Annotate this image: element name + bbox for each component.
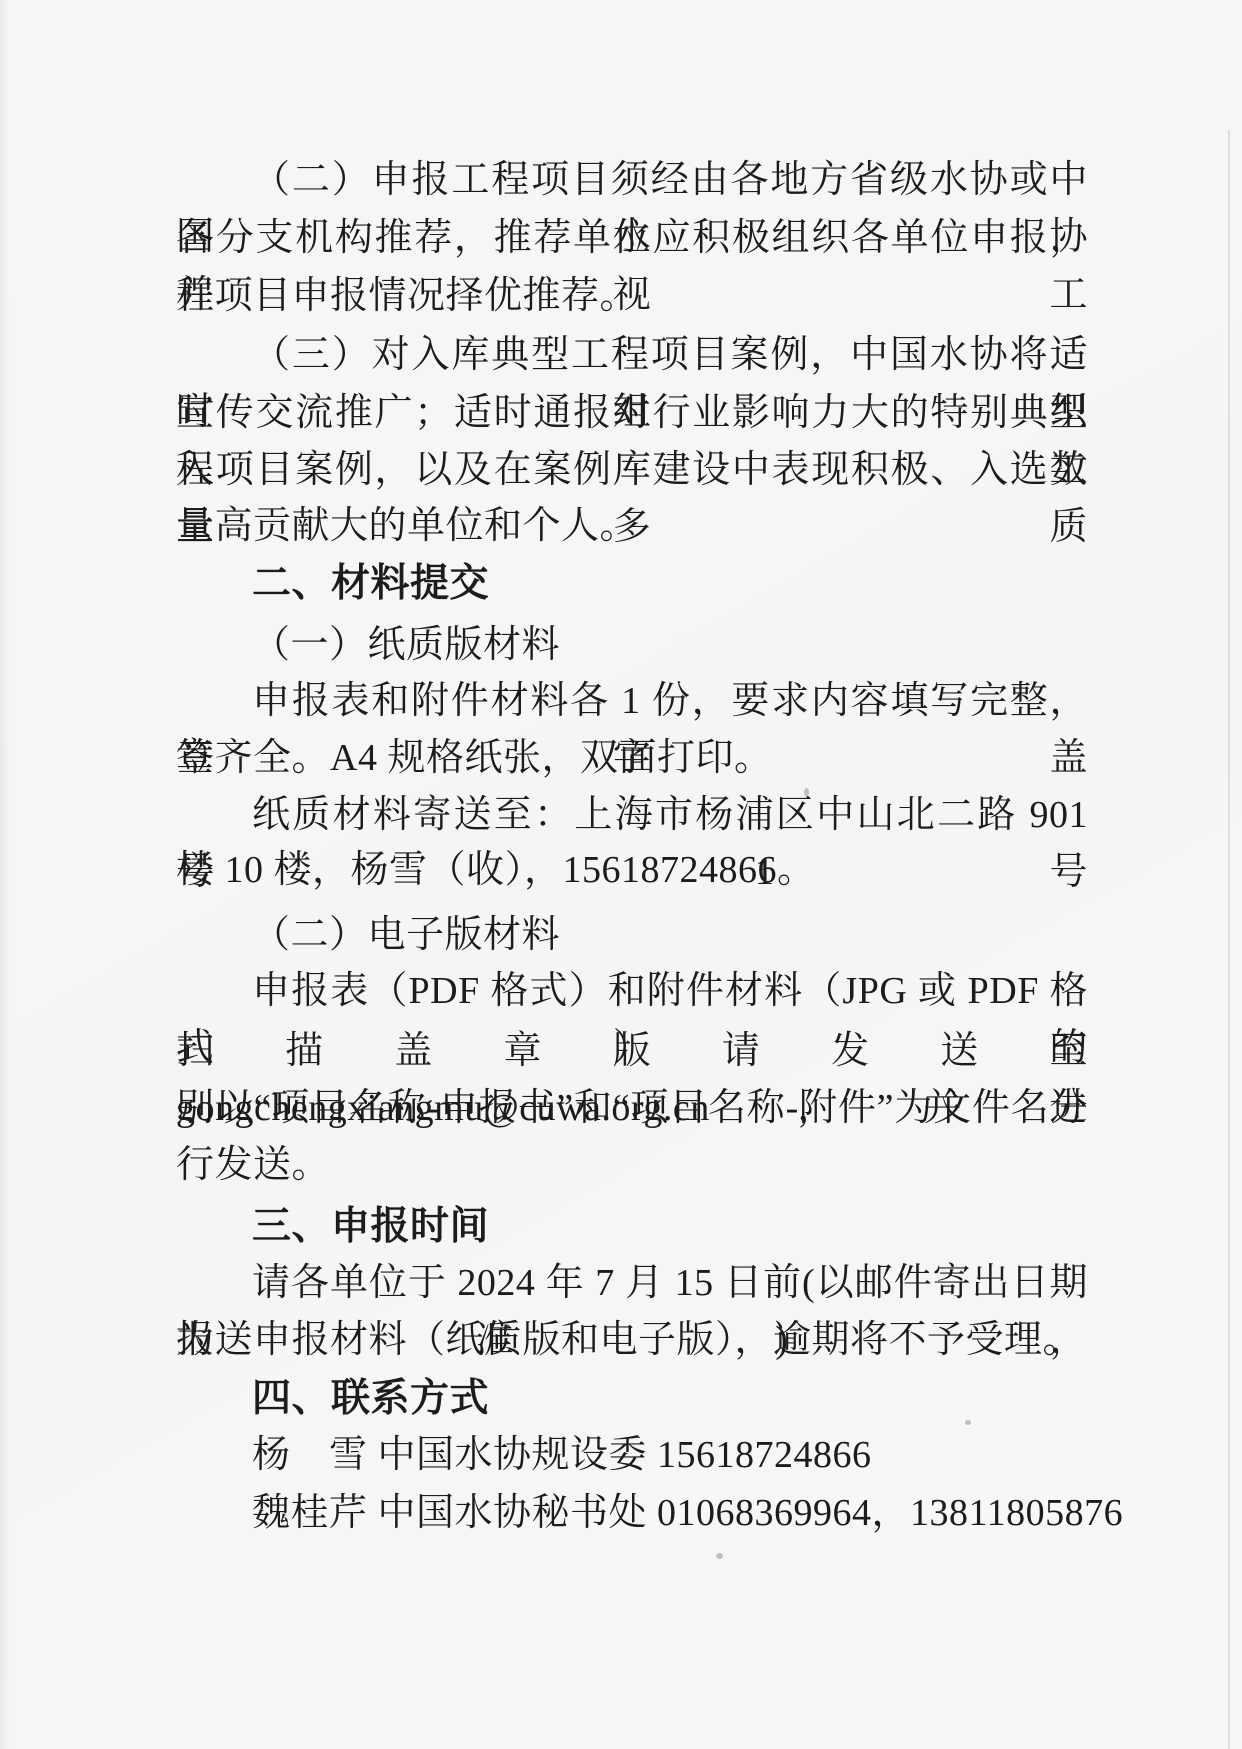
subsection-title: （二）电子版材料 [176,907,1088,964]
paragraph-line: 量高贡献大的单位和个人。 [176,498,1088,555]
scan-speck [804,788,809,797]
paragraph-line: 别以“项目名称-申报书”和“项目名称-附件”为文件名进 [176,1080,1088,1137]
paragraph-line: 程项目案例，以及在案例库建设中表现积极、入选数量多质 [176,442,1088,499]
paragraph-line: 请各单位于 2024 年 7 月 15 日前(以邮件寄出日期为准)， [176,1255,1088,1312]
section-heading-contact: 四、联系方式 [176,1370,1088,1427]
scan-left-edge [0,0,10,1749]
section-heading-deadline: 三、申报时间 [176,1198,1088,1255]
contact-line: 杨 雪 中国水协规设委 15618724866 [176,1427,1088,1484]
contact-line: 魏桂芹 中国水协秘书处 01068369964，13811805876 [176,1485,1088,1542]
paragraph-line: 报送申报材料（纸质版和电子版），逾期将不予受理。 [176,1312,1088,1369]
scan-speck [965,1420,971,1425]
paragraph-line: 申报表和附件材料各 1 份，要求内容填写完整，签字盖 [176,673,1088,730]
paragraph-line: 章齐全。A4 规格纸张，双面打印。 [176,730,1088,787]
paragraph-line: 申报表（PDF 格式）和附件材料（JPG 或 PDF 格式）的 [176,963,1088,1020]
paragraph-line: （二）申报工程项目须经由各地方省级水协或中国水协 [176,152,1088,209]
paragraph-line: （三）对入库典型工程项目案例，中国水协将适时组织 [176,327,1088,384]
section-heading-materials: 二、材料提交 [176,555,1088,612]
scan-speck [716,1553,723,1559]
paragraph-line: 纸质材料寄送至：上海市杨浦区中山北二路 901 号 1 号 [176,787,1088,844]
paragraph-line: 楼 10 楼，杨雪（收），15618724866。 [176,842,1088,899]
paragraph-line: 扫描盖章版请发送至 gongchengxiangmu@cuwa.org.cn，并… [176,1023,1088,1080]
subsection-title: （一）纸质版材料 [176,617,1088,674]
paragraph-line: 行发送。 [176,1137,1088,1194]
paragraph-line: 宣传交流推广；适时通报对行业影响力大的特别典型入库工 [176,385,1088,442]
paragraph-line: 程项目申报情况择优推荐。 [176,268,1088,325]
scan-crease-line [1228,130,1230,1749]
document-page: （二）申报工程项目须经由各地方省级水协或中国水协 各分支机构推荐，推荐单位应积极… [0,0,1242,1749]
paragraph-line: 各分支机构推荐，推荐单位应积极组织各单位申报，并视工 [176,210,1088,267]
